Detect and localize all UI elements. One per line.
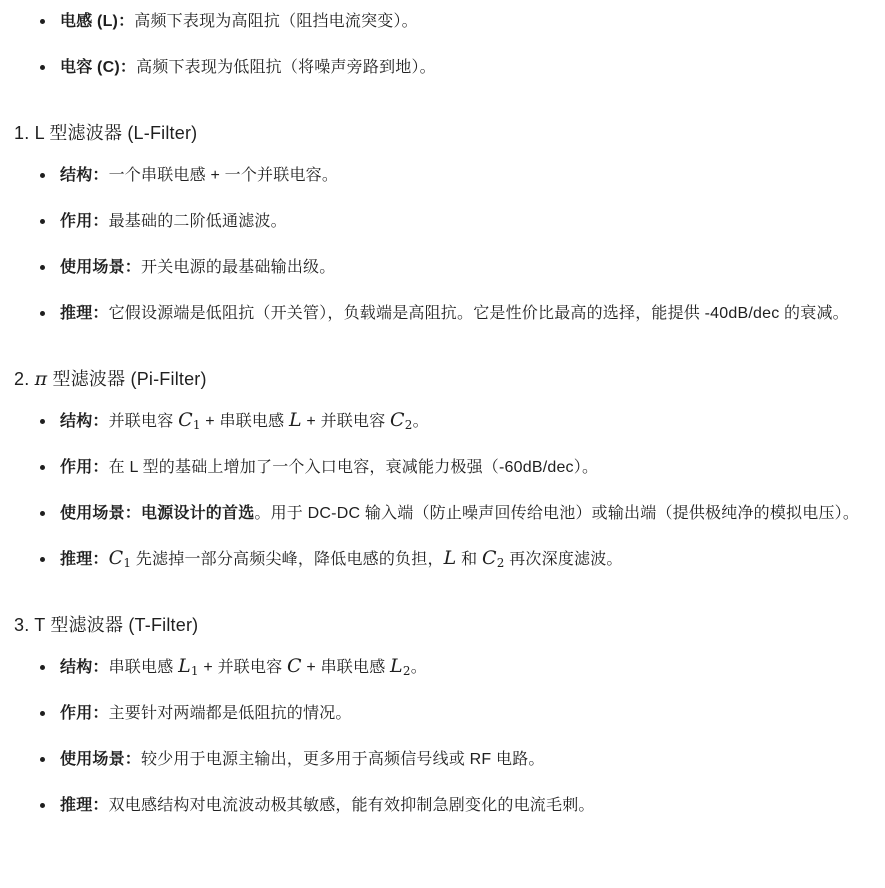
text-run: 双电感结构对电流波动极其敏感，能有效抑制急剧变化的电流毛刺。 [109,797,595,814]
math-symbol: L [289,409,302,431]
math-subscript: 1 [191,664,199,678]
math-base: C [178,409,193,431]
math-symbol: C2 [390,409,413,431]
math-subscript: 2 [497,556,505,570]
text-run: 较少用于电源主输出，更多用于高频信号线或 RF 电路。 [141,751,545,768]
text-run: 一个串联电感 + 一个并联电容。 [109,167,338,184]
bullet-list: 结构：串联电感 L1 + 并联电容 C + 串联电感 L2。作用：主要针对两端都… [14,651,873,822]
text-run: 开关电源的最基础输出级。 [141,259,335,276]
math-base: C [482,547,497,569]
text-run: 最基础的二阶低通滤波。 [109,213,287,230]
bold-run: 使用场景：电源设计的首选 [60,505,254,522]
math-base: L [178,655,191,677]
list-item: 结构：一个串联电感 + 一个并联电容。 [60,159,873,192]
list-item: 推理：它假设源端是低阻抗（开关管），负载端是高阻抗。它是性价比最高的选择，能提供… [60,297,873,330]
bold-run: 使用场景： [60,259,141,276]
math-subscript: 2 [403,664,411,678]
bold-run: 推理： [60,305,109,322]
bold-run: 作用： [60,213,109,230]
text-run: 。 [413,413,429,430]
math-base: L [390,655,403,677]
math-symbol: L1 [178,655,199,677]
document-body: 电感 (L)：高频下表现为高阻抗（阻挡电流突变）。电容 (C)：高频下表现为低阻… [0,0,885,822]
section-heading: 1. L 型滤波器 (L-Filter) [14,120,873,146]
bold-run: 推理： [60,797,109,814]
text-run: 。用于 DC-DC 输入端（防止噪声回传给电池）或输出端（提供极纯净的模拟电压）… [254,505,859,522]
list-item: 使用场景：开关电源的最基础输出级。 [60,251,873,284]
list-item: 电容 (C)：高频下表现为低阻抗（将噪声旁路到地）。 [60,51,873,84]
text-run: 串联电感 [109,659,178,676]
math-subscript: 2 [405,418,413,432]
text-run: 型滤波器 (Pi-Filter) [47,369,206,389]
list-item: 结构：串联电感 L1 + 并联电容 C + 串联电感 L2。 [60,651,873,684]
text-run: 主要针对两端都是低阻抗的情况。 [109,705,352,722]
math-base: L [444,547,457,569]
text-run: 和 [456,551,482,568]
math-symbol: C [287,655,302,677]
text-run: + 并联电容 [199,659,287,676]
bold-run: 使用场景： [60,751,141,768]
bold-run: 结构： [60,659,109,676]
list-item: 电感 (L)：高频下表现为高阻抗（阻挡电流突变）。 [60,5,873,38]
math-subscript: 1 [193,418,201,432]
text-run: + 串联电感 [302,659,390,676]
bullet-list: 结构：一个串联电感 + 一个并联电容。作用：最基础的二阶低通滤波。使用场景：开关… [14,159,873,330]
math-symbol: L [444,547,457,569]
bold-run: 结构： [60,413,109,430]
text-run: 高频下表现为低阻抗（将噪声旁路到地）。 [136,59,436,76]
list-item: 作用：最基础的二阶低通滤波。 [60,205,873,238]
bold-run: 电容 (C)： [60,59,136,76]
text-run: 。 [411,659,427,676]
text-run: + 串联电感 [201,413,289,430]
list-item: 结构：并联电容 C1 + 串联电感 L + 并联电容 C2。 [60,405,873,438]
text-run: 3. T 型滤波器 (T-Filter) [14,615,198,635]
math-base: C [109,547,124,569]
bold-run: 结构： [60,167,109,184]
text-run: 2. [14,369,35,389]
list-item: 作用：主要针对两端都是低阻抗的情况。 [60,697,873,730]
section-heading: 2. π 型滤波器 (Pi-Filter) [14,366,873,392]
math-symbol: π [35,368,48,390]
bullet-list: 电感 (L)：高频下表现为高阻抗（阻挡电流突变）。电容 (C)：高频下表现为低阻… [14,5,873,84]
math-base: π [35,368,48,390]
math-symbol: C2 [482,547,505,569]
text-run: 再次深度滤波。 [505,551,623,568]
math-base: C [287,655,302,677]
text-run: 高频下表现为高阻抗（阻挡电流突变）。 [134,13,418,30]
math-base: L [289,409,302,431]
section-heading: 3. T 型滤波器 (T-Filter) [14,612,873,638]
text-run: 1. L 型滤波器 (L-Filter) [14,123,197,143]
bold-run: 电感 (L)： [60,13,134,30]
math-base: C [390,409,405,431]
math-symbol: C1 [109,547,132,569]
bold-run: 推理： [60,551,109,568]
list-item: 推理：双电感结构对电流波动极其敏感，能有效抑制急剧变化的电流毛刺。 [60,789,873,822]
text-run: 它假设源端是低阻抗（开关管），负载端是高阻抗。它是性价比最高的选择，能提供 -4… [109,305,849,322]
text-run: 并联电容 [109,413,178,430]
list-item: 使用场景：电源设计的首选。用于 DC-DC 输入端（防止噪声回传给电池）或输出端… [60,497,873,530]
bold-run: 作用： [60,705,109,722]
math-symbol: C1 [178,409,201,431]
text-run: + 并联电容 [302,413,390,430]
math-symbol: L2 [390,655,411,677]
list-item: 作用：在 L 型的基础上增加了一个入口电容，衰减能力极强（-60dB/dec）。 [60,451,873,484]
list-item: 推理：C1 先滤掉一部分高频尖峰，降低电感的负担，L 和 C2 再次深度滤波。 [60,543,873,576]
bold-run: 作用： [60,459,109,476]
list-item: 使用场景：较少用于电源主输出，更多用于高频信号线或 RF 电路。 [60,743,873,776]
text-run: 先滤掉一部分高频尖峰，降低电感的负担， [131,551,443,568]
text-run: 在 L 型的基础上增加了一个入口电容，衰减能力极强（-60dB/dec）。 [109,459,599,476]
bullet-list: 结构：并联电容 C1 + 串联电感 L + 并联电容 C2。作用：在 L 型的基… [14,405,873,576]
